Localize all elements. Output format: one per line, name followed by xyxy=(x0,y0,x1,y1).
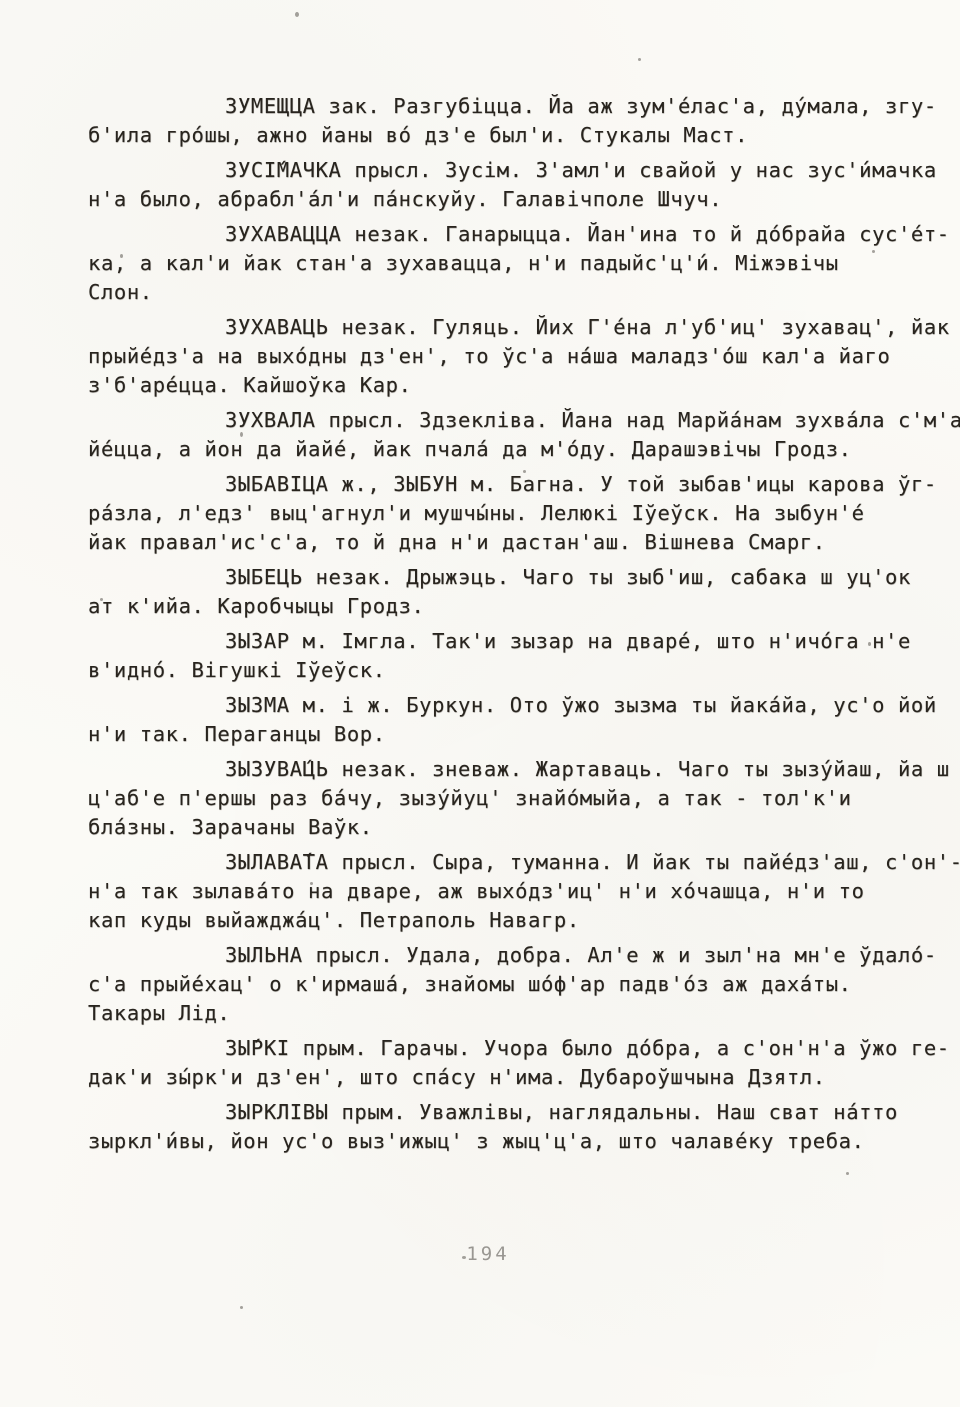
entry-first-line: ЗУМЕЩЦА зак. Разгубіцца. Йа аж зум'е́лас… xyxy=(88,92,908,121)
entry-first-line: ЗУХАВАЦЬ незак. Гуляць. Йих Г'е́на л'уб'… xyxy=(88,313,908,342)
dictionary-entry: ЗЫЗАР м. Імгла. Так'и зызар на дваре́, ш… xyxy=(88,627,908,685)
dictionary-entry: ЗУМЕЩЦА зак. Разгубіцца. Йа аж зум'е́лас… xyxy=(88,92,908,150)
entry-line: ат к'ийа. Каробчыцы Гродз. xyxy=(88,592,908,621)
ink-speck xyxy=(240,432,243,437)
entry-first-line: ЗУСІ́МАЧКА прысл. Зусім. З'амл'и свайой … xyxy=(88,156,908,185)
ink-speck xyxy=(846,1172,849,1175)
entry-line: прыйе́дз'а на выхо́дны дз'ен', то ўс'а н… xyxy=(88,342,908,371)
dictionary-entry: ЗУХАВАЦЬ незак. Гуляць. Йих Г'е́на л'уб'… xyxy=(88,313,908,400)
dictionary-entry: ЗЫБЕЦЬ незак. Дрыжэць. Чаго ты зыб'иш, с… xyxy=(88,563,908,621)
entry-first-line: ЗЫБЕЦЬ незак. Дрыжэць. Чаго ты зыб'иш, с… xyxy=(88,563,908,592)
scanned-dictionary-page: ЗУМЕЩЦА зак. Разгубіцца. Йа аж зум'е́лас… xyxy=(0,0,960,1407)
dictionary-entry: ЗУХАВАЦЦА незак. Ганарыцца. Йан'ина то й… xyxy=(88,220,908,307)
entry-first-line: ЗЫЛЬНА прысл. Удала, добра. Ал'е ж и зыл… xyxy=(88,941,908,970)
dictionary-entry: ЗЫРКЛІВЫ прым. Уважлівы, наглядальны. На… xyxy=(88,1098,908,1156)
dictionary-entry: ЗУХВАЛА прысл. Здзекліва. Йана над Марйа… xyxy=(88,406,908,464)
entry-line: з'б'аре́цца. Кайшоўка Кар. xyxy=(88,371,908,400)
dictionary-entry: ЗЫЗУВА́ЦЬ незак. зневаж. Жартаваць. Чаго… xyxy=(88,755,908,842)
dictionary-entry: ЗЫБАВІЦА ж., ЗЫБУН м. Багна. У той зыбав… xyxy=(88,470,908,557)
entry-line: б'ила гро́шы, ажно йаны во́ дз'е был'и. … xyxy=(88,121,908,150)
ink-speck xyxy=(638,58,641,61)
dictionary-entry: ЗЫЛАВА́ТА прысл. Сыра, туманна. И йак ты… xyxy=(88,848,908,935)
entry-line: Такары Лід. xyxy=(88,999,908,1028)
entry-line: н'а было, абрабл'а́л'и па́нскуйу. Галаві… xyxy=(88,185,908,214)
ink-speck xyxy=(100,598,103,601)
entry-line: йак правал'ис'с'а, то й дна н'и дастан'а… xyxy=(88,528,908,557)
entry-line: бла́зны. Зарачаны Ваўк. xyxy=(88,813,908,842)
entry-line: зыркл'и́вы, йон ус'о выз'ижыц' з жыц'ц'а… xyxy=(88,1127,908,1156)
dictionary-entry: ЗЫ́РКІ прым. Гарачы. Учора было до́бра, … xyxy=(88,1034,908,1092)
entry-first-line: ЗУХВАЛА прысл. Здзекліва. Йана над Марйа… xyxy=(88,406,908,435)
entry-first-line: ЗЫЗМА м. і ж. Буркун. Ото ўжо зызма ты й… xyxy=(88,691,908,720)
ink-speck xyxy=(240,1306,243,1309)
entry-line: н'а так зылава́то на дваре, аж выхо́дз'и… xyxy=(88,877,908,906)
entry-line: Слон. xyxy=(88,278,908,307)
entry-first-line: ЗЫБАВІЦА ж., ЗЫБУН м. Багна. У той зыбав… xyxy=(88,470,908,499)
entry-first-line: ЗЫЗУВА́ЦЬ незак. зневаж. Жартаваць. Чаго… xyxy=(88,755,908,784)
entry-line: ц'аб'е п'ершы раз ба́чу, зызу́йуц' знайо… xyxy=(88,784,908,813)
ink-speck xyxy=(310,882,313,885)
entry-first-line: ЗЫ́РКІ прым. Гарачы. Учора было до́бра, … xyxy=(88,1034,908,1063)
entry-first-line: ЗЫРКЛІВЫ прым. Уважлівы, наглядальны. На… xyxy=(88,1098,908,1127)
page-footer: 194 xyxy=(0,1243,960,1265)
ink-speck xyxy=(120,254,123,258)
dictionary-entry: ЗУСІ́МАЧКА прысл. Зусім. З'амл'и свайой … xyxy=(88,156,908,214)
entry-line: с'а прыйе́хац' о к'ирмаша́, знайомы шо́ф… xyxy=(88,970,908,999)
ink-speck xyxy=(868,642,871,646)
ink-speck xyxy=(872,250,875,253)
entry-line: н'и так. Пераганцы Вор. xyxy=(88,720,908,749)
entry-first-line: ЗУХАВАЦЦА незак. Ганарыцца. Йан'ина то й… xyxy=(88,220,908,249)
page-number: 194 xyxy=(466,1243,509,1265)
entry-line: йе́цца, а йон да йайе́, йак пчала́ да м'… xyxy=(88,435,908,464)
entry-line: ка, а кал'и йак стан'а зухавацца, н'и па… xyxy=(88,249,908,278)
entry-line: в'идно́. Вігушкі Іўеўск. xyxy=(88,656,908,685)
entry-first-line: ЗЫЗАР м. Імгла. Так'и зызар на дваре́, ш… xyxy=(88,627,908,656)
entry-line: кап куды выйажджа́ц'. Петраполь Навагр. xyxy=(88,906,908,935)
ink-speck xyxy=(295,12,299,17)
dictionary-entries: ЗУМЕЩЦА зак. Разгубіцца. Йа аж зум'е́лас… xyxy=(88,92,908,1162)
entry-line: ра́зла, л'едз' выц'агнул'и мушчы́ны. Лел… xyxy=(88,499,908,528)
dictionary-entry: ЗЫЛЬНА прысл. Удала, добра. Ал'е ж и зыл… xyxy=(88,941,908,1028)
dictionary-entry: ЗЫЗМА м. і ж. Буркун. Ото ўжо зызма ты й… xyxy=(88,691,908,749)
ink-speck xyxy=(523,470,526,473)
ink-speck xyxy=(462,1256,466,1259)
entry-first-line: ЗЫЛАВА́ТА прысл. Сыра, туманна. И йак ты… xyxy=(88,848,908,877)
entry-line: дак'и зы́рк'и дз'ен', што спа́су н'има. … xyxy=(88,1063,908,1092)
